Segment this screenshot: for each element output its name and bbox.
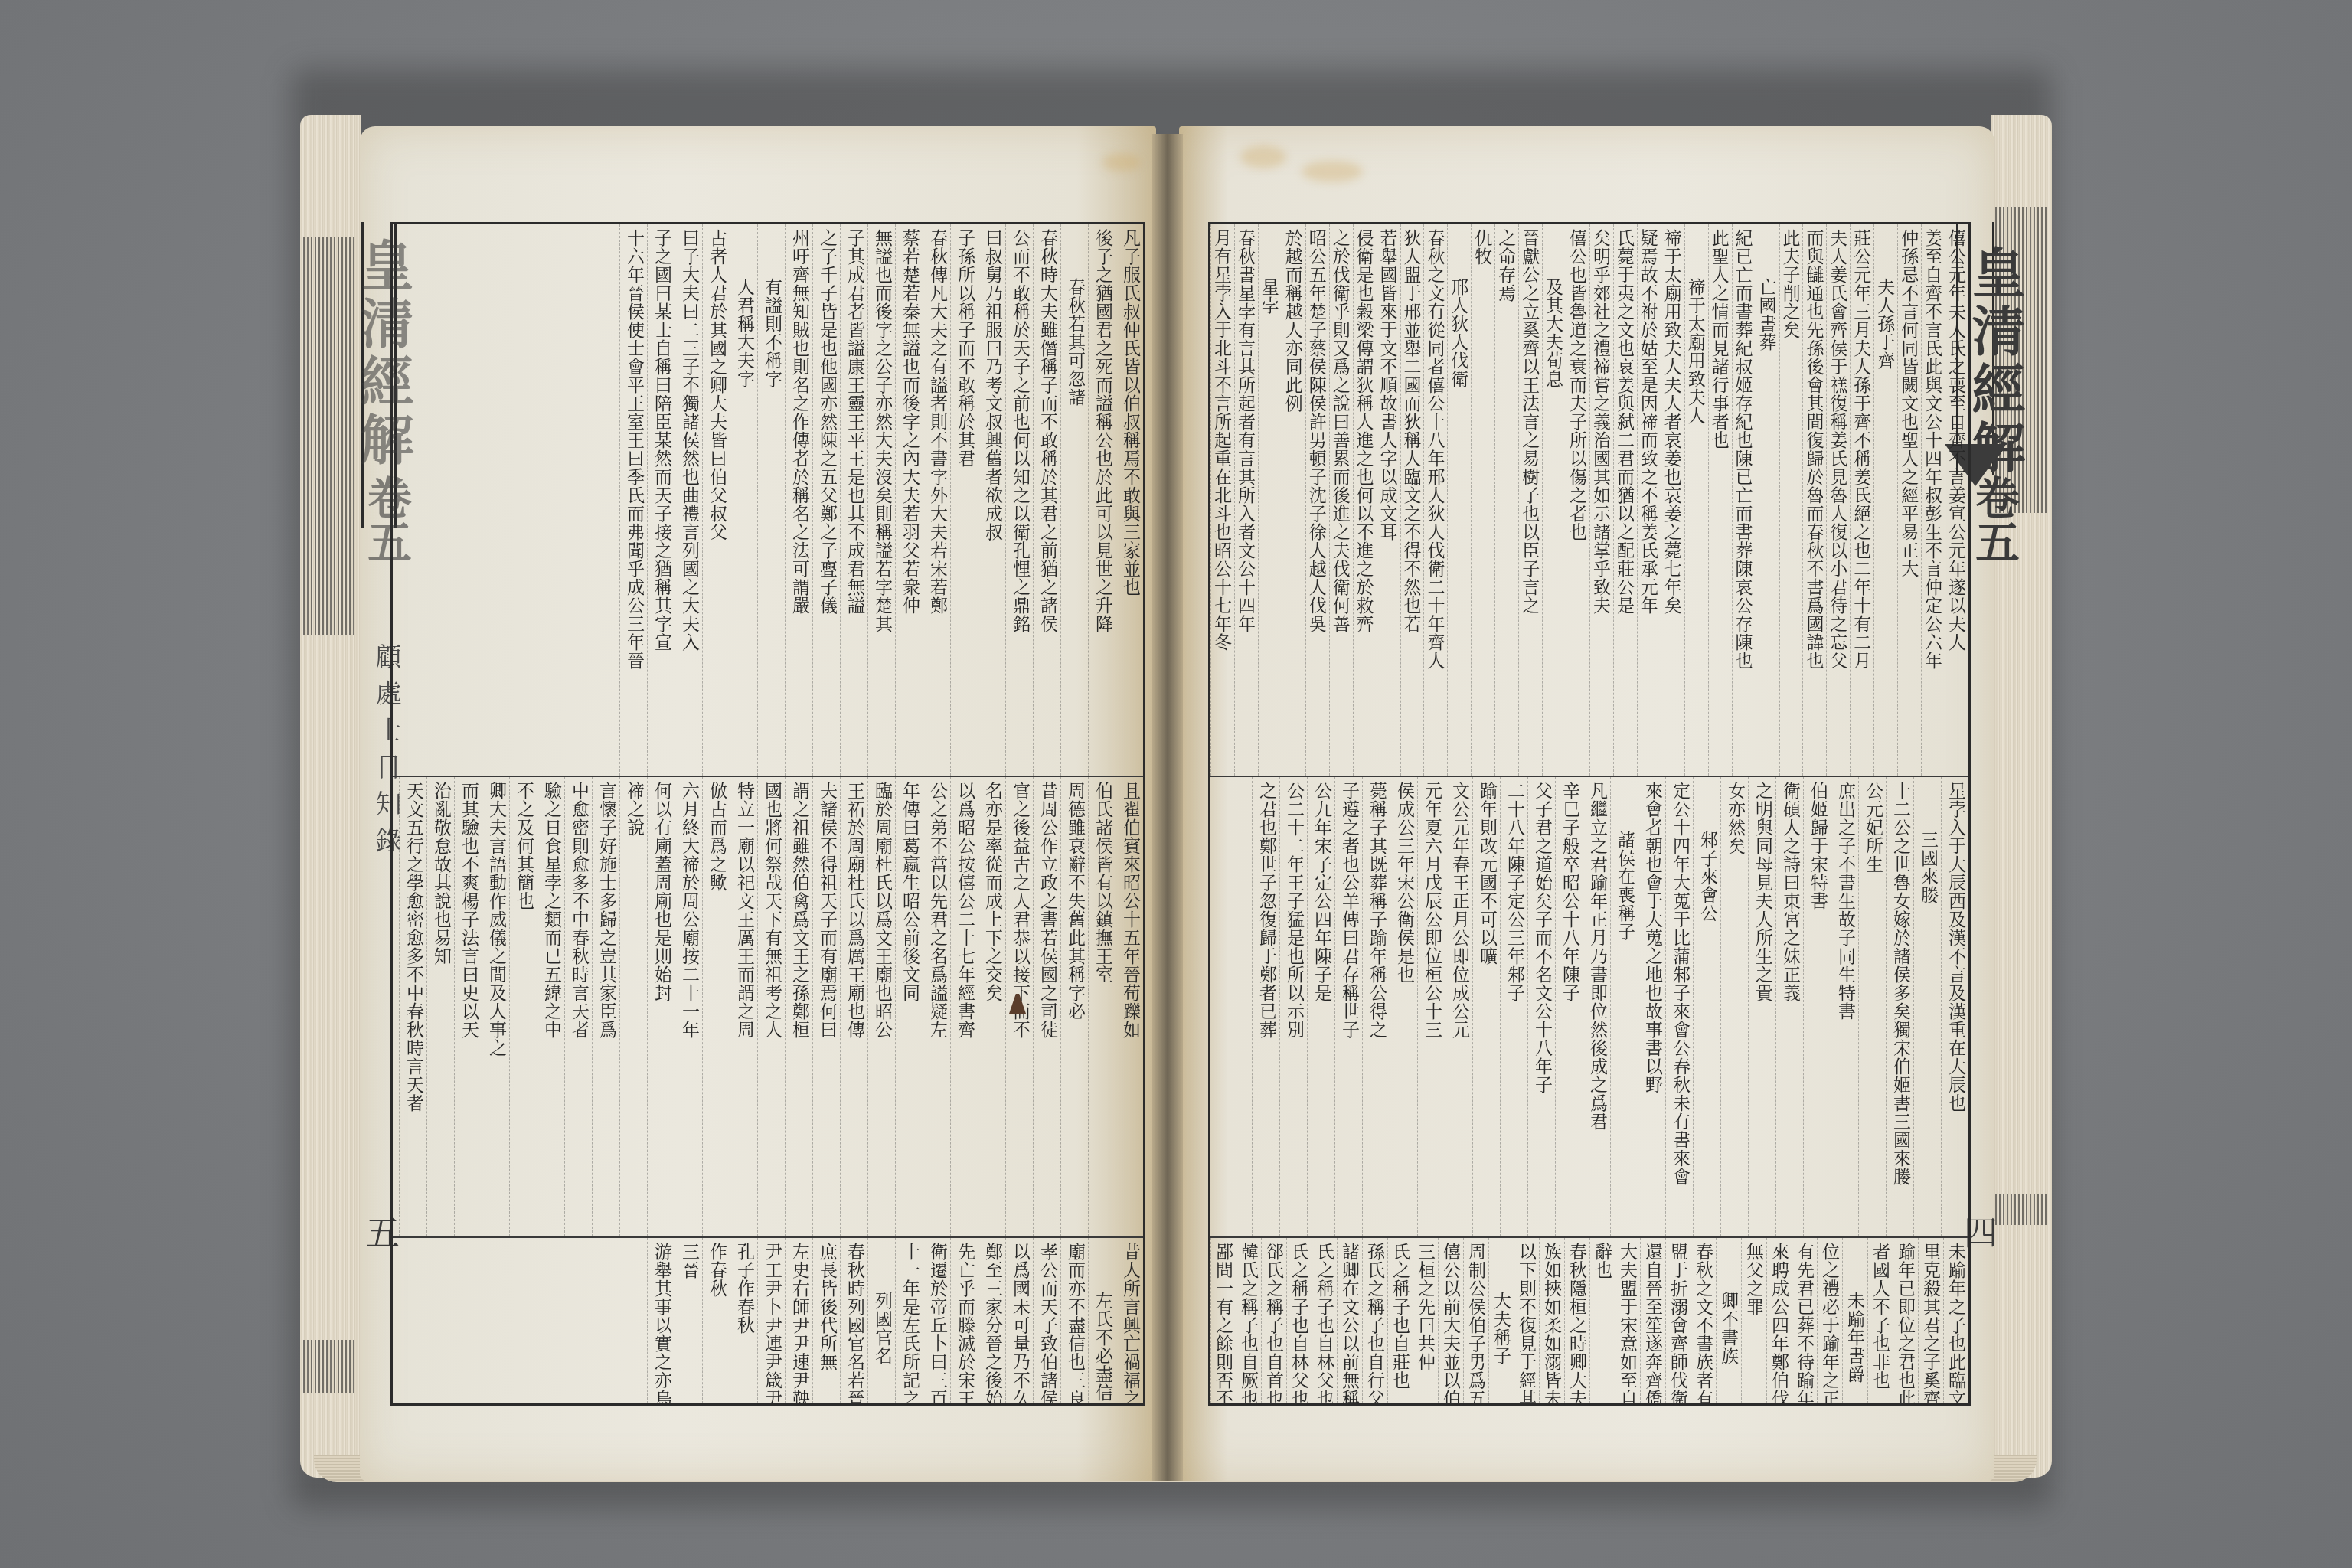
- text-column: 子遵之者也公羊傳曰君存稱世子: [1334, 777, 1362, 1236]
- section-heading-column: 亡國書葬: [1756, 224, 1779, 776]
- text-column: 昭公五年楚子蔡侯陳侯許男頓子沈子徐人越人伐吳: [1305, 224, 1329, 776]
- text-column: 鄙問一有之餘則否不敢與大國並也: [1210, 1238, 1236, 1403]
- text-column: 疑焉故不祔於姑至是因禘而致之不稱姜氏承元年: [1637, 224, 1661, 776]
- section-heading-column: 列國官名: [867, 1238, 895, 1403]
- text-column: 中愈密則愈多不中春秋時言天者: [564, 777, 592, 1236]
- text-column: 星孛入于大辰西及漢不言及漢重在大辰也: [1941, 777, 1968, 1236]
- text-column: 言懷子好施士多歸之豈其家臣爲: [592, 777, 619, 1236]
- text-column: 族如挾如柔如溺皆未有氏族者也: [1539, 1238, 1564, 1403]
- text-column: 仲孫忌不言何同皆闕文也聖人之經平易正大: [1897, 224, 1921, 776]
- text-column: 作春秋: [702, 1238, 730, 1403]
- text-column: 之命存焉: [1494, 224, 1518, 776]
- text-column: 十一年是左氏所記之言不盡信也: [895, 1238, 923, 1403]
- text-column: 天文五行之學愈密愈多不中春秋時言天者: [399, 777, 426, 1236]
- text-column: 庶長皆後代所無: [812, 1238, 840, 1403]
- text-column: 踰年則改元國不可以曠: [1472, 777, 1500, 1236]
- text-column: 女亦然矣: [1720, 777, 1748, 1236]
- text-column: 孝公而天子致伯諸侯畢賀: [1033, 1238, 1060, 1403]
- text-column: 春秋隱桓之時卿大夫賜氏者尚少故: [1564, 1238, 1589, 1403]
- text-column: 踰年已即位之君也此臨文: [1893, 1238, 1918, 1403]
- text-column: 諸卿在文公以前無稱子者魏氏之稱: [1337, 1238, 1362, 1403]
- section-heading-column: 禘于太廟用致夫人: [1684, 224, 1708, 776]
- text-column: 姜至自齊不言氏此與文公十四年叔彭生不言仲定公六年: [1921, 224, 1945, 776]
- text-column: 氏薨于夷之文也哀姜與弑二君而猶以之配莊公是: [1613, 224, 1637, 776]
- text-column: 盟于折溺會齊師伐衛未賜氏也遂以: [1665, 1238, 1690, 1403]
- text-column: 先亡乎而滕滅於宋王偃: [950, 1238, 978, 1403]
- paper-stain: [1302, 161, 1363, 182]
- text-column: 國也將何祭哉天下有無祖考之人: [757, 777, 785, 1236]
- text-column: 何以有廟蓋周廟也是則始封: [647, 777, 675, 1236]
- text-column: 禘于太廟用致夫人夫人者哀姜也哀姜之薨七年矣: [1661, 224, 1684, 776]
- text-column: 有先君已葬不待踰年而: [1792, 1238, 1817, 1403]
- text-column: 孫氏之稱子也自行父也: [1362, 1238, 1387, 1403]
- text-column: 不之及何其簡也: [509, 777, 537, 1236]
- text-column: 臨於周廟杜氏以爲文王廟也昭公: [867, 777, 895, 1236]
- section-heading-column: 有謚則不稱字: [757, 224, 785, 776]
- text-column: 蔡若楚若秦無謚也而後字之內大夫若羽父若衆仲: [895, 224, 923, 776]
- paper-stain: [1102, 153, 1141, 171]
- text-column: 春秋時列國官名若晉之中行宋之門尹鄭之馬師秦之不更: [840, 1238, 867, 1403]
- text-column: 伯姬歸于宋特書: [1803, 777, 1831, 1236]
- text-column: 之明與同母見夫人所生之貴: [1748, 777, 1775, 1236]
- text-column: 春秋時大夫雖僭稱子而不敢稱於其君之前猶之諸侯: [1033, 224, 1060, 776]
- right-upper-register: 僖公元年夫人氏之喪至自齊不言姜宣公元年遂以夫人姜至自齊不言氏此與文公十四年叔彭生…: [1210, 224, 1968, 777]
- text-column: 氏之稱子也自莊也: [1387, 1238, 1413, 1403]
- text-column: 古者人君於其國之卿大夫皆曰伯父叔父: [702, 224, 730, 776]
- text-column: 衛遷於帝丘卜曰三百年: [923, 1238, 950, 1403]
- text-column: 公九年宋子定公四年陳子是: [1307, 777, 1334, 1236]
- right-text-frame: 僖公元年夫人氏之喪至自齊不言姜宣公元年遂以夫人姜至自齊不言氏此與文公十四年叔彭生…: [1208, 222, 1971, 1406]
- text-column: 無父之罪: [1741, 1238, 1766, 1403]
- section-heading-column: 未踰年書爵: [1842, 1238, 1867, 1403]
- text-column: 而與讎通也先孫後會其間復歸於魯而春秋不書爲國諱也: [1802, 224, 1826, 776]
- text-column: 大夫盟于宋意如至自晉婼至自晉: [1615, 1238, 1640, 1403]
- section-heading-column: 三國來媵: [1913, 777, 1941, 1236]
- section-heading-column: 夫人孫于齊: [1873, 224, 1897, 776]
- section-heading-column: 左氏不必盡信: [1088, 1238, 1116, 1403]
- left-upper-register: 凡子服氏叔仲氏皆以伯叔稱焉不敢與三家並也後子之猶國君之死而謚稱公也於此可以見世之…: [393, 224, 1143, 777]
- text-column: 位之禮必于踰年之正月: [1817, 1238, 1842, 1403]
- text-column: 來會者朝也會于大蒐之地也故事書以野: [1638, 777, 1665, 1236]
- text-column: 十六年晉侯使士會平王室王曰季氏而弗聞乎成公三年晉: [619, 224, 647, 776]
- text-column: 驗之日食星孛之類而已五緯之中: [537, 777, 564, 1236]
- text-column: 後子之猶國君之死而謚稱公也於此可以見世之升降: [1088, 224, 1116, 776]
- text-column: 莊公元年三月夫人孫于齊不稱姜氏絕之也二年十有二月: [1850, 224, 1873, 776]
- left-text-frame: 凡子服氏叔仲氏皆以伯叔稱焉不敢與三家並也後子之猶國君之死而謚稱公也於此可以見世之…: [390, 222, 1145, 1406]
- text-column: 紀已亡而書葬紀叔姬存紀也陳已亡而書葬陳哀公存陳也: [1732, 224, 1756, 776]
- text-column: 尹工尹卜尹連尹箴尹: [757, 1238, 785, 1403]
- text-column: 伯氏諸侯皆有以鎮撫王室: [1088, 777, 1116, 1236]
- text-column: 王祏於周廟杜氏以爲厲王廟也傳: [840, 777, 867, 1236]
- text-column: 辭也: [1589, 1238, 1615, 1403]
- text-column: 文公元年春王正月公即位成公元: [1445, 777, 1472, 1236]
- stack-edge-pagenum-right: [1995, 1194, 2049, 1225]
- text-column: 僖公也皆魯道之衰而夫子所以傷之者也: [1566, 224, 1589, 776]
- paper-stain: [1240, 145, 1286, 168]
- text-column: 之於伐衛乎則又爲之說曰善累而後進之夫伐衛何善: [1329, 224, 1353, 776]
- text-column: 春秋傳凡大夫之有謚者則不書字外大夫若宋若鄭: [923, 224, 950, 776]
- text-column: 以爲昭公按僖公二十七年經書齊: [950, 777, 978, 1236]
- right-spine-volume: 卷五: [1962, 475, 2026, 563]
- section-heading-column: 諸侯在喪稱子: [1610, 777, 1638, 1236]
- book-gutter: [1152, 134, 1183, 1481]
- text-column: 周制公侯伯子男爲五等之爵而大夫: [1463, 1238, 1488, 1403]
- text-column: 里克殺其君之子奚齊者未: [1918, 1238, 1943, 1403]
- text-column: 名亦是率從而成上下之交矣: [978, 777, 1005, 1236]
- text-column: 公二十二年王子猛是也所以示別: [1279, 777, 1307, 1236]
- text-column: 州吁齊無知賊也則名之作傳者於稱名之法可謂嚴: [785, 224, 812, 776]
- section-heading-column: 邾子來會公: [1693, 777, 1720, 1236]
- text-column: 子孫所以稱子而不敢稱於其君: [950, 224, 978, 776]
- text-column: 父子君之道始矣子而不名文公十八年子: [1527, 777, 1555, 1236]
- text-column: 郤氏之稱子也自首也: [1261, 1238, 1286, 1403]
- text-column: 若舉國皆來于文不順故書人字以成文耳: [1377, 224, 1400, 776]
- text-column: 僖公以前大夫並以伯仲叔季爲稱: [1438, 1238, 1463, 1403]
- text-column: 無謚也而後字之公子亦然大夫沒矣則稱謚若字楚其: [867, 224, 895, 776]
- text-column: 鄭至三家分晉之後始滅: [978, 1238, 1005, 1403]
- text-column: 定公十四年大蒐于比蒲邾子來會公春秋未有書來會: [1665, 777, 1693, 1236]
- text-column: 衛碩人之詩曰東宮之妹正義: [1775, 777, 1803, 1236]
- text-column: 卿大夫言語動作威儀之間及人事之: [482, 777, 509, 1236]
- section-heading-column: 人君稱大夫字: [730, 224, 757, 776]
- text-column: 僖公元年夫人氏之喪至自齊不言姜宣公元年遂以夫人: [1945, 224, 1968, 776]
- text-column: 此夫子削之矣: [1779, 224, 1803, 776]
- section-heading-column: 星孛: [1258, 224, 1282, 776]
- text-column: 曰叔舅乃祖服曰乃考文叔興舊者欲成叔: [978, 224, 1005, 776]
- text-column: 治亂敬怠故其說也易知: [426, 777, 454, 1236]
- section-heading-column: 及其大夫荀息: [1542, 224, 1566, 776]
- text-column: 韓氏之稱子也自厥也: [1236, 1238, 1261, 1403]
- text-column: 者國人不子也非也: [1867, 1238, 1893, 1403]
- text-column: 氏之稱子也自林父也: [1312, 1238, 1337, 1403]
- text-column: 凡繼立之君踰年正月乃書即位然後成之爲君: [1583, 777, 1610, 1236]
- text-column: 昔人所言興亡禍福之故: [1116, 1238, 1143, 1403]
- text-column: 曰子大夫曰二三子不獨諸侯然也曲禮言列國之大夫入: [675, 224, 702, 776]
- text-column: 月有星孛入于北斗不言所起重在北斗也昭公十七年冬: [1210, 224, 1234, 776]
- left-middle-register: 且翟伯賓來昭公十五年晉荀躒如伯氏諸侯皆有以鎮撫王室周德雖衰辭不失舊此其稱字必昔周…: [393, 777, 1143, 1238]
- text-column: 狄人盟于邢並舉二國而狄稱人臨文之不得不然也若: [1400, 224, 1424, 776]
- text-column: 公元妃所生: [1858, 777, 1886, 1236]
- text-column: 以下則不復見于經其時無不賜氏者: [1514, 1238, 1539, 1403]
- text-column: 辛巳子般卒昭公十八年陳子: [1555, 777, 1583, 1236]
- text-column: 孔子作春秋: [730, 1238, 757, 1403]
- text-column: 未踰年之子也此臨文之不得不然非聖人之: [1943, 1238, 1968, 1403]
- right-middle-register: 星孛入于大辰西及漢不言及漢重在大辰也三國來媵十二公之世魯女嫁於諸侯多矣獨宋伯姬書…: [1210, 777, 1968, 1238]
- section-heading-column: 大夫稱子: [1488, 1238, 1514, 1403]
- text-column: 夫人姜氏會齊侯于禚復稱姜氏見魯人復以小君待之忘父: [1826, 224, 1850, 776]
- text-column: 此聖人之情而見諸行事者也: [1708, 224, 1732, 776]
- text-column: 三晉: [675, 1238, 702, 1403]
- text-column: 矣明乎郊社之禮禘嘗之義治國其如示諸掌乎致夫: [1589, 224, 1613, 776]
- text-column: 公而不敢稱於天子之前也何以知之以衛孔悝之鼎銘: [1005, 224, 1033, 776]
- text-column: 薨稱子其既葬稱子踰年稱公得之: [1362, 777, 1390, 1236]
- right-lower-register: 未踰年之子也此臨文之不得不然非聖人之里克殺其君之子奚齊者未踰年已即位之君也此臨文…: [1210, 1238, 1968, 1403]
- text-column: 三桓之先曰共仲: [1413, 1238, 1438, 1403]
- text-column: 周德雖衰辭不失舊此其稱字必: [1060, 777, 1088, 1236]
- text-column: 侵衛是也穀梁傳謂狄稱人進之也何以不進之於救齊: [1353, 224, 1377, 776]
- section-heading-column: 春秋若其可忽諸: [1060, 224, 1088, 776]
- stack-edge-pagenum-left: [303, 1340, 357, 1393]
- section-heading-column: 邢人狄人伐衛: [1447, 224, 1471, 776]
- text-column: 以爲國未可量乃不久而: [1005, 1238, 1033, 1403]
- text-column: 謂之祖雖然伯禽爲文王之孫鄭桓: [785, 777, 812, 1236]
- text-column: 侯成公三年宋公衛侯是也: [1390, 777, 1417, 1236]
- text-column: 氏之稱子也自林父也: [1286, 1238, 1312, 1403]
- text-column: 游舉其事以實之亦烏得而明哉: [647, 1238, 675, 1403]
- text-column: 而其驗也不爽楊子法言曰史以天: [454, 777, 482, 1236]
- text-column: 庶出之子不書生故子同生特書: [1831, 777, 1858, 1236]
- text-column: 於越而稱越人亦同此例: [1282, 224, 1305, 776]
- text-column: 仇牧: [1471, 224, 1494, 776]
- text-column: 公之弟不當以先君之名爲謚疑左: [923, 777, 950, 1236]
- text-column: 春秋之文有從同者僖公十八年邢人狄人伐衛二十年齊人: [1423, 224, 1447, 776]
- text-column: 廟而亦不盡信也三良殉死: [1060, 1238, 1088, 1403]
- text-column: 子之國曰某士自稱曰陪臣某然而天子接之猶稱其字宣: [647, 224, 675, 776]
- text-column: 晉獻公之立奚齊以王法言之易樹子也以臣子言之: [1518, 224, 1542, 776]
- text-column: 子其成君者皆謚康王靈王平王是也其不成君無謚: [840, 224, 867, 776]
- text-column: 倣古而爲之歟: [702, 777, 730, 1236]
- text-column: 夫諸侯不得祖天子而有廟焉何曰: [812, 777, 840, 1236]
- text-column: 昔周公作立政之書若侯國之司徒: [1033, 777, 1060, 1236]
- text-column: 之君也鄭世子忽復歸于鄭者已葬: [1252, 777, 1279, 1236]
- text-column: 春秋之文不書族者有二義無駭卒: [1690, 1238, 1716, 1403]
- text-column: 禘之說: [619, 777, 647, 1236]
- text-column: 十二公之世魯女嫁於諸侯多矣獨宋伯姬書三國來媵: [1886, 777, 1913, 1236]
- text-column: 之子千子皆是也他國亦然陳之五父鄭之子亹子儀: [812, 224, 840, 776]
- text-column: 凡子服氏叔仲氏皆以伯叔稱焉不敢與三家並也: [1116, 224, 1143, 776]
- text-column: 且翟伯賓來昭公十五年晉荀躒如: [1116, 777, 1143, 1236]
- text-column: 春秋書星孛有言其所起者有言其所入者文公十四年: [1234, 224, 1258, 776]
- text-column: 六月終大禘於周公廟按二十一年: [675, 777, 702, 1236]
- text-column: 還自晉至笙遂奔齊僑如以夫人婦姜: [1640, 1238, 1665, 1403]
- text-column: 特立一廟以祀文王厲王而謂之周: [730, 777, 757, 1236]
- text-column: 元年夏六月戊辰公即位桓公十三: [1417, 777, 1445, 1236]
- text-column: 左史右師尹尹速尹鞅尹: [785, 1238, 812, 1403]
- text-column: 年傳曰葛嬴生昭公前後文同: [895, 777, 923, 1236]
- text-column: 來聘成公四年鄭伯伐: [1766, 1238, 1792, 1403]
- left-lower-register: 昔人所言興亡禍福之故左氏不必盡信廟而亦不盡信也三良殉死孝公而天子致伯諸侯畢賀以爲…: [393, 1238, 1143, 1403]
- section-heading-column: 卿不書族: [1716, 1238, 1741, 1403]
- text-column: 二十八年陳子定公三年邾子: [1500, 777, 1527, 1236]
